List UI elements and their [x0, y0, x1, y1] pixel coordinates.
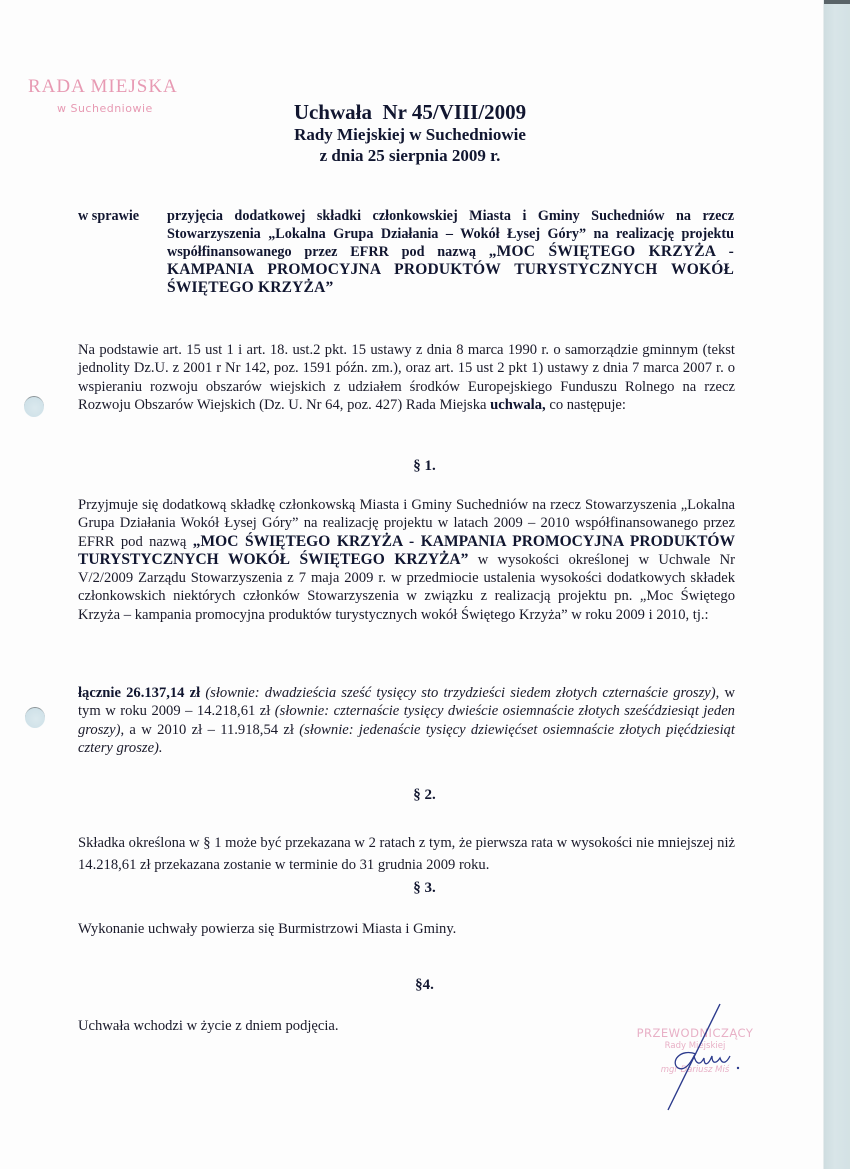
section-1-heading: § 1.	[0, 458, 823, 475]
preamble: Na podstawie art. 15 ust 1 i art. 18. us…	[78, 341, 735, 414]
handwritten-signature	[600, 1002, 770, 1112]
amount-2010: , a w 2010 zł – 11.918,54 zł	[120, 722, 293, 738]
scanner-edge	[823, 0, 850, 1169]
total-amount-words: (słownie: dwadzieścia sześć tysięcy sto …	[200, 685, 715, 701]
resolution-issuer: Rady Miejskiej w Suchedniowie	[210, 124, 610, 145]
section-3-body: Wykonanie uchwały powierza się Burmistrz…	[78, 920, 735, 938]
total-amount: łącznie 26.137,14 zł	[78, 685, 200, 701]
stamp-line-1: RADA MIEJSKA	[28, 76, 178, 98]
resolution-title: Uchwała Nr 45/VIII/2009	[210, 100, 610, 124]
preamble-tail: co następuje:	[546, 397, 626, 413]
section-3-heading: § 3.	[0, 880, 823, 897]
section-4-heading: §4.	[0, 977, 823, 994]
section-2-heading: § 2.	[0, 787, 823, 804]
section-1-amounts: łącznie 26.137,14 zł (słownie: dwadzieśc…	[78, 684, 735, 757]
preamble-bold: uchwala,	[490, 397, 546, 413]
preamble-text: Na podstawie art. 15 ust 1 i art. 18. us…	[78, 342, 735, 413]
document-page: RADA MIEJSKA w Suchedniowie Uchwała Nr 4…	[0, 0, 823, 1169]
resolution-subject: w sprawie przyjęcia dodatkowej składki c…	[78, 207, 734, 297]
section-1-body: Przyjmuje się dodatkową składkę członkow…	[78, 496, 735, 624]
punch-hole-top	[24, 396, 44, 417]
resolution-header: Uchwała Nr 45/VIII/2009 Rady Miejskiej w…	[210, 100, 610, 166]
resolution-date: z dnia 25 sierpnia 2009 r.	[210, 145, 610, 166]
section-2-body: Składka określona w § 1 może być przekaz…	[78, 832, 735, 876]
punch-hole-bottom	[25, 707, 45, 728]
council-stamp: RADA MIEJSKA w Suchedniowie	[28, 76, 178, 115]
subject-label: w sprawie	[78, 207, 139, 225]
stamp-line-2: w Suchedniowie	[32, 102, 178, 115]
